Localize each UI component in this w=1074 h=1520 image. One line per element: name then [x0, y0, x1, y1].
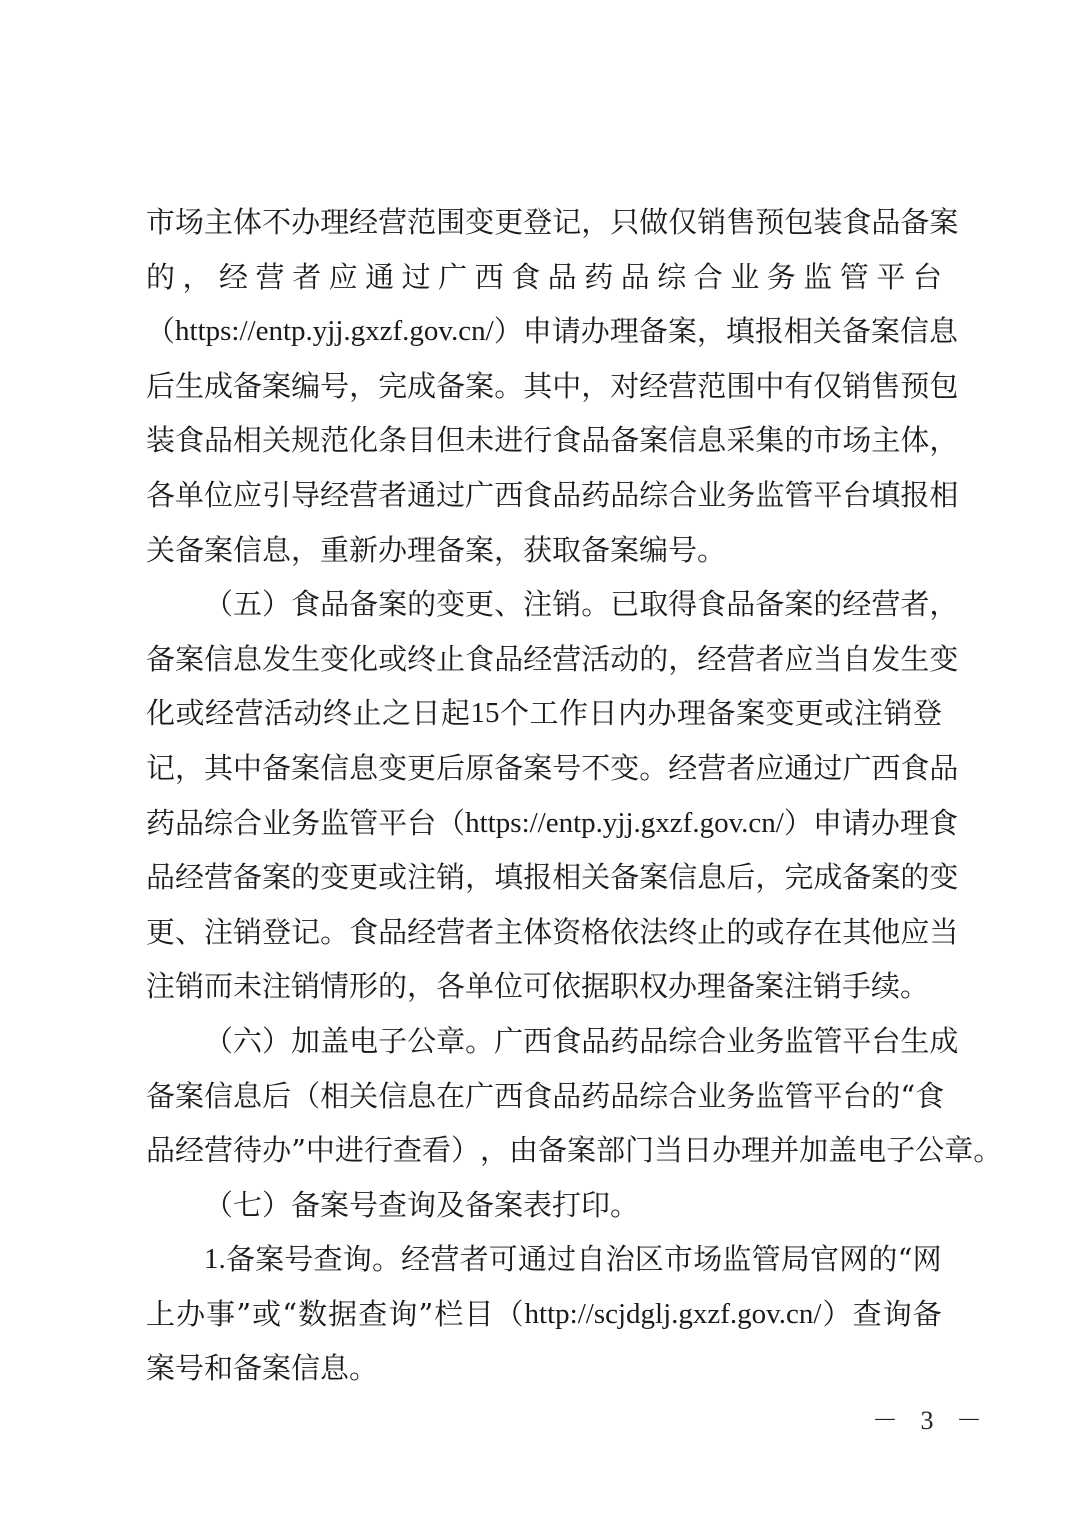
text-line: 1.备案号查询。经营者可通过自治区市场监管局官网的“网	[146, 1232, 942, 1287]
text-line: 关备案信息，重新办理备案，获取备案编号。	[146, 523, 942, 578]
text-line: 记，其中备案信息变更后原备案号不变。经营者应通过广西食品	[146, 741, 942, 796]
text-line: 市场主体不办理经营范围变更登记，只做仅销售预包装食品备案	[146, 195, 942, 250]
text-line: 后生成备案编号，完成备案。其中，对经营范围中有仅销售预包	[146, 359, 942, 414]
text-line: 品经营备案的变更或注销，填报相关备案信息后，完成备案的变	[146, 850, 942, 905]
section-heading-line: （七）备案号查询及备案表打印。	[146, 1178, 942, 1233]
paragraph-section-5: （五）食品备案的变更、注销。已取得食品备案的经营者， 备案信息发生变化或终止食品…	[146, 577, 942, 1014]
text-line-with-link: 药品综合业务监管平台（https://entp.yjj.gxzf.gov.cn/…	[146, 796, 942, 851]
text-line: 备案信息后（相关信息在广西食品药品综合业务监管平台的“食	[146, 1069, 942, 1124]
text-line-with-link: （https://entp.yjj.gxzf.gov.cn/）申请办理备案，填报…	[146, 304, 942, 359]
page-number: － 3 －	[872, 1400, 990, 1437]
paragraph-section-7: （七）备案号查询及备案表打印。	[146, 1178, 942, 1233]
text-line: 化或经营活动终止之日起15个工作日内办理备案变更或注销登	[146, 686, 942, 741]
document-page: 市场主体不办理经营范围变更登记，只做仅销售预包装食品备案 的，经营者应通过广西食…	[0, 0, 1074, 1520]
section-heading-line: （六）加盖电子公章。广西食品药品综合业务监管平台生成	[146, 1014, 942, 1069]
paragraph-section-6: （六）加盖电子公章。广西食品药品综合业务监管平台生成 备案信息后（相关信息在广西…	[146, 1014, 942, 1178]
paragraph-item-1: 1.备案号查询。经营者可通过自治区市场监管局官网的“网 上办事”或“数据查询”栏…	[146, 1232, 942, 1396]
section-heading-line: （五）食品备案的变更、注销。已取得食品备案的经营者，	[146, 577, 942, 632]
text-line: 各单位应引导经营者通过广西食品药品综合业务监管平台填报相	[146, 468, 942, 523]
document-body: 市场主体不办理经营范围变更登记，只做仅销售预包装食品备案 的，经营者应通过广西食…	[146, 195, 942, 1396]
text-line: 备案信息发生变化或终止食品经营活动的，经营者应当自发生变	[146, 632, 942, 687]
text-line: 的，经营者应通过广西食品药品综合业务监管平台	[146, 250, 942, 305]
text-line: 更、注销登记。食品经营者主体资格依法终止的或存在其他应当	[146, 905, 942, 960]
text-line: 品经营待办”中进行查看），由备案部门当日办理并加盖电子公章。	[146, 1123, 942, 1178]
text-line-with-link: 上办事”或“数据查询”栏目（http://scjdglj.gxzf.gov.cn…	[146, 1287, 942, 1342]
text-line: 注销而未注销情形的，各单位可依据职权办理备案注销手续。	[146, 959, 942, 1014]
text-line: 案号和备案信息。	[146, 1341, 942, 1396]
paragraph-continuation: 市场主体不办理经营范围变更登记，只做仅销售预包装食品备案 的，经营者应通过广西食…	[146, 195, 942, 577]
text-line: 装食品相关规范化条目但未进行食品备案信息采集的市场主体，	[146, 413, 942, 468]
